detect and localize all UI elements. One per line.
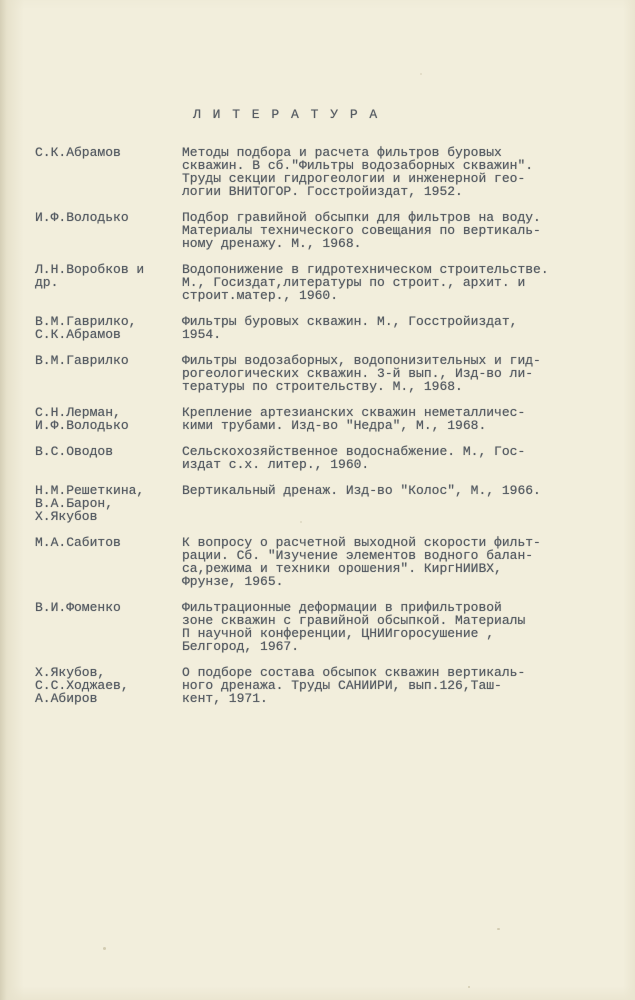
entry-reference: К вопросу о расчетной выходной скорости … xyxy=(182,536,610,588)
bibliography-entry: В.М.Гаврилко Фильтры водозаборных, водоп… xyxy=(35,354,610,393)
bibliography-entry: В.М.Гаврилко,С.К.Абрамов Фильтры буровых… xyxy=(35,315,610,341)
reference-line: Фильтры буровых скважин. М., Госстройизд… xyxy=(182,315,610,328)
author-name: В.С.Оводов xyxy=(35,445,182,458)
reference-line: кими трубами. Изд-во "Недра", М., 1968. xyxy=(182,419,610,432)
bibliography-entry: Н.М.Решеткина,В.А.Барон,Х.Якубов Вертика… xyxy=(35,484,610,523)
page-content: Л И Т Е Р А Т У Р А С.К.Абрамов Методы п… xyxy=(35,108,610,718)
scanned-bibliography-page: Л И Т Е Р А Т У Р А С.К.Абрамов Методы п… xyxy=(0,0,635,1000)
author-name: В.И.Фоменко xyxy=(35,601,182,614)
entry-authors: М.А.Сабитов xyxy=(35,536,182,588)
bibliography-entry: И.Ф.Володько Подбор гравийной обсыпки дл… xyxy=(35,211,610,250)
entry-reference: Фильтры водозаборных, водопонизительных … xyxy=(182,354,610,393)
entry-authors: В.С.Оводов xyxy=(35,445,182,471)
paper-speck xyxy=(497,928,500,930)
entry-authors: С.Н.Лерман,И.Ф.Володько xyxy=(35,406,182,432)
entry-authors: Л.Н.Воробков идр. xyxy=(35,263,182,302)
entry-reference: О подборе состава обсыпок скважин вертик… xyxy=(182,666,610,705)
entry-reference: Водопонижение в гидротехническом строите… xyxy=(182,263,610,302)
page-title: Л И Т Е Р А Т У Р А xyxy=(193,108,610,121)
bibliography-list: С.К.Абрамов Методы подбора и расчета фил… xyxy=(35,146,610,705)
bibliography-entry: Х.Якубов,С.С.Ходжаев,А.Абиров О подборе … xyxy=(35,666,610,705)
reference-line: тературы по строительству. М., 1968. xyxy=(182,380,610,393)
entry-authors: Н.М.Решеткина,В.А.Барон,Х.Якубов xyxy=(35,484,182,523)
bibliography-entry: В.И.Фоменко Фильтрационные деформации в … xyxy=(35,601,610,653)
bibliography-entry: С.К.Абрамов Методы подбора и расчета фил… xyxy=(35,146,610,198)
author-name: В.М.Гаврилко xyxy=(35,354,182,367)
entry-reference: Крепление артезианских скважин неметалли… xyxy=(182,406,610,432)
entry-authors: И.Ф.Володько xyxy=(35,211,182,250)
entry-authors: В.М.Гаврилко,С.К.Абрамов xyxy=(35,315,182,341)
paper-speck xyxy=(468,986,470,988)
entry-reference: Методы подбора и расчета фильтров буровы… xyxy=(182,146,610,198)
author-name: И.Ф.Володько xyxy=(35,211,182,224)
entry-reference: Подбор гравийной обсыпки для фильтров на… xyxy=(182,211,610,250)
reference-line: 1954. xyxy=(182,328,610,341)
author-name: А.Абиров xyxy=(35,692,182,705)
author-name: др. xyxy=(35,276,182,289)
entry-reference: Фильтрационные деформации в прифильтрово… xyxy=(182,601,610,653)
bibliography-entry: М.А.Сабитов К вопросу о расчетной выходн… xyxy=(35,536,610,588)
reference-line: издат с.х. литер., 1960. xyxy=(182,458,610,471)
reference-line: логии ВНИТОГОР. Госстройиздат, 1952. xyxy=(182,185,610,198)
author-name: М.А.Сабитов xyxy=(35,536,182,549)
entry-authors: С.К.Абрамов xyxy=(35,146,182,198)
bibliography-entry: Л.Н.Воробков идр. Водопонижение в гидрот… xyxy=(35,263,610,302)
entry-reference: Фильтры буровых скважин. М., Госстройизд… xyxy=(182,315,610,341)
reference-line: ному дренажу. М., 1968. xyxy=(182,237,610,250)
author-name: С.К.Абрамов xyxy=(35,146,182,159)
paper-speck xyxy=(103,947,106,950)
entry-reference: Сельскохозяйственное водоснабжение. М., … xyxy=(182,445,610,471)
reference-line: Белгород, 1967. xyxy=(182,640,610,653)
paper-speck xyxy=(420,73,422,75)
reference-line: Вертикальный дренаж. Изд-во "Колос", М.,… xyxy=(182,484,610,497)
reference-line: кент, 1971. xyxy=(182,692,610,705)
reference-line: строит.матер., 1960. xyxy=(182,289,610,302)
entry-authors: Х.Якубов,С.С.Ходжаев,А.Абиров xyxy=(35,666,182,705)
author-name: И.Ф.Володько xyxy=(35,419,182,432)
reference-line: Фрунзе, 1965. xyxy=(182,575,610,588)
author-name: Х.Якубов xyxy=(35,510,182,523)
entry-reference: Вертикальный дренаж. Изд-во "Колос", М.,… xyxy=(182,484,610,523)
entry-authors: В.М.Гаврилко xyxy=(35,354,182,393)
bibliography-entry: В.С.Оводов Сельскохозяйственное водоснаб… xyxy=(35,445,610,471)
entry-authors: В.И.Фоменко xyxy=(35,601,182,653)
bibliography-entry: С.Н.Лерман,И.Ф.Володько Крепление артези… xyxy=(35,406,610,432)
author-name: С.К.Абрамов xyxy=(35,328,182,341)
